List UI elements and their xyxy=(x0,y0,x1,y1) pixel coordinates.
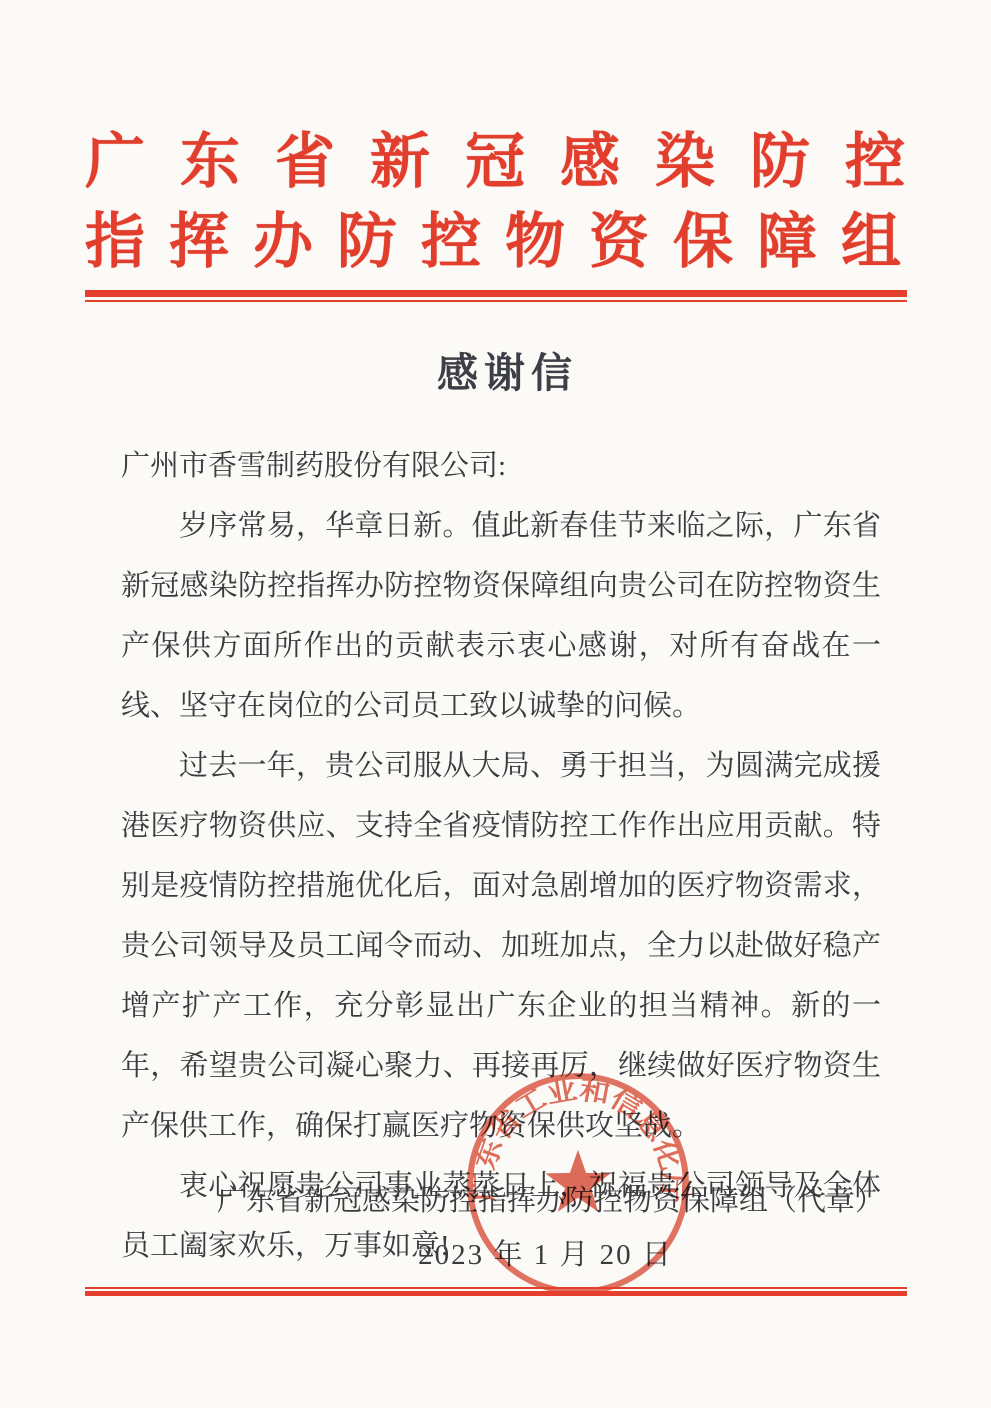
letter-title: 感谢信 xyxy=(12,340,991,399)
letterhead-line-1: 广东省新冠感染防控 xyxy=(85,122,942,202)
letterhead-rule-thick xyxy=(85,290,907,297)
footer-rule-thick xyxy=(85,1291,907,1296)
letter-page: 广东省新冠感染防控 指挥办防控物资保障组 感谢信 广州市香雪制药股份有限公司: … xyxy=(0,0,991,1408)
salutation: 广州市香雪制药股份有限公司: xyxy=(121,436,881,496)
letterhead-rule-thin xyxy=(85,300,907,302)
letterhead-rule xyxy=(85,290,907,302)
paragraph-2: 过去一年，贵公司服从大局、勇于担当，为圆满完成援港医疗物资供应、支持全省疫情防控… xyxy=(121,736,881,1156)
date-line: 2023 年 1 月 20 日 xyxy=(0,1238,991,1272)
signature-block: 广东省新冠感染防控指挥办防控物资保障组（代章） 2023 年 1 月 20 日 xyxy=(0,1184,991,1272)
footer-rule-thin xyxy=(85,1287,907,1289)
paragraph-1: 岁序常易，华章日新。值此新春佳节来临之际，广东省新冠感染防控指挥办防控物资保障组… xyxy=(121,496,881,736)
letterhead-line-2: 指挥办防控物资保障组 xyxy=(85,202,931,282)
footer-rule xyxy=(85,1287,907,1296)
letterhead: 广东省新冠感染防控 指挥办防控物资保障组 xyxy=(85,122,907,302)
letter-body: 广州市香雪制药股份有限公司: 岁序常易，华章日新。值此新春佳节来临之际，广东省新… xyxy=(121,436,881,1276)
signature-line: 广东省新冠感染防控指挥办防控物资保障组（代章） xyxy=(0,1184,991,1218)
